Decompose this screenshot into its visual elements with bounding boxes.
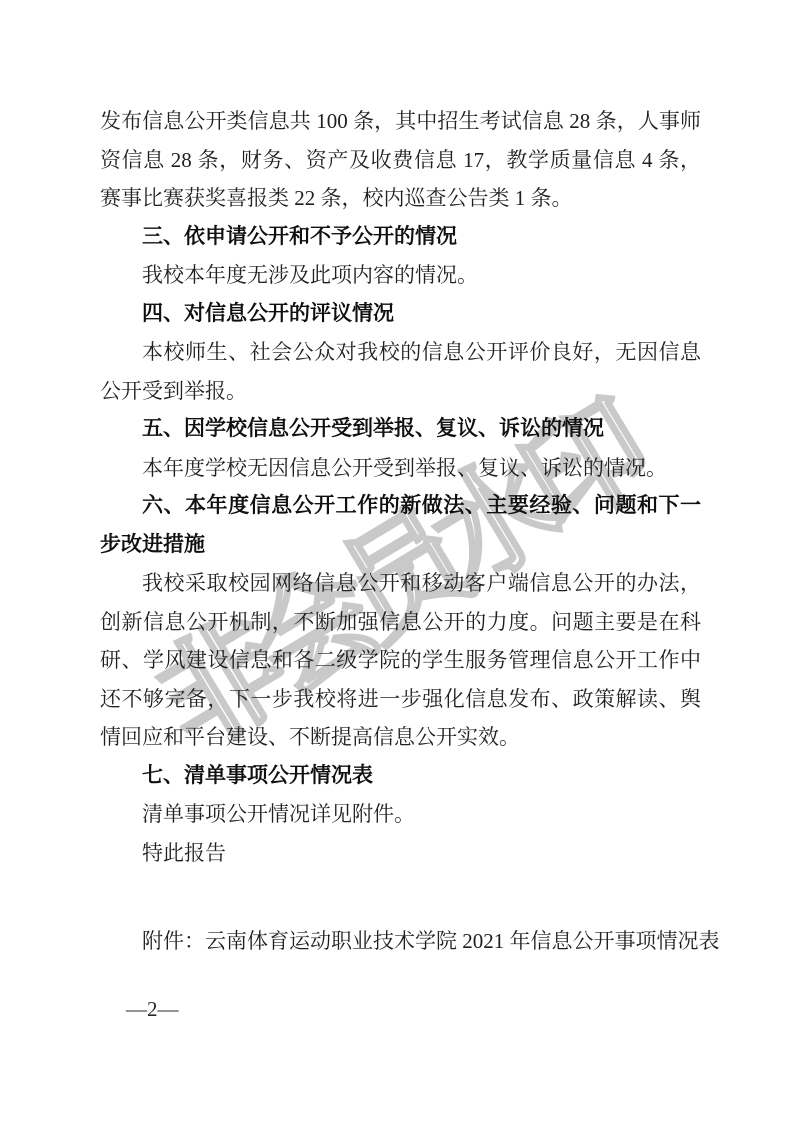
text-line: 附件：云南体育运动职业技术学院 2021 年信息公开事项情况表 [100,922,701,961]
heading-line: 六、本年度信息公开工作的新做法、主要经验、问题和下一 [100,487,701,526]
text-line: 公开受到举报。 [100,372,701,411]
heading-line: 七、清单事项公开情况表 [100,757,701,796]
text-line: 本年度学校无因信息公开受到举报、复议、诉讼的情况。 [100,449,701,488]
text-line: 我校采取校园网络信息公开和移动客户端信息公开的办法， [100,564,701,603]
text-line: 资信息 28 条，财务、资产及收费信息 17，教学质量信息 4 条， [100,141,701,180]
text-line: 本校师生、社会公众对我校的信息公开评价良好，无因信息 [100,333,701,372]
heading-line: 四、对信息公开的评议情况 [100,295,701,334]
text-line: 清单事项公开情况详见附件。 [100,795,701,834]
document-page: 非会员水印 发布信息公开类信息共 100 条，其中招生考试信息 28 条，人事师… [0,0,793,1121]
text-line: 情回应和平台建设、不断提高信息公开实效。 [100,718,701,757]
text-line: 创新信息公开机制，不断加强信息公开的力度。问题主要是在科 [100,603,701,642]
page-number: —2— [126,994,179,1024]
text-line: 赛事比赛获奖喜报类 22 条，校内巡查公告类 1 条。 [100,179,701,218]
heading-line: 步改进措施 [100,526,701,565]
blank-line [100,872,701,922]
text-line: 我校本年度无涉及此项内容的情况。 [100,256,701,295]
document-body: 发布信息公开类信息共 100 条，其中招生考试信息 28 条，人事师资信息 28… [100,102,701,961]
heading-line: 三、依申请公开和不予公开的情况 [100,218,701,257]
text-line: 特此报告 [100,834,701,873]
text-line: 研、学风建设信息和各二级学院的学生服务管理信息公开工作中 [100,641,701,680]
text-line: 发布信息公开类信息共 100 条，其中招生考试信息 28 条，人事师 [100,102,701,141]
text-line: 还不够完备，下一步我校将进一步强化信息发布、政策解读、舆 [100,680,701,719]
heading-line: 五、因学校信息公开受到举报、复议、诉讼的情况 [100,410,701,449]
